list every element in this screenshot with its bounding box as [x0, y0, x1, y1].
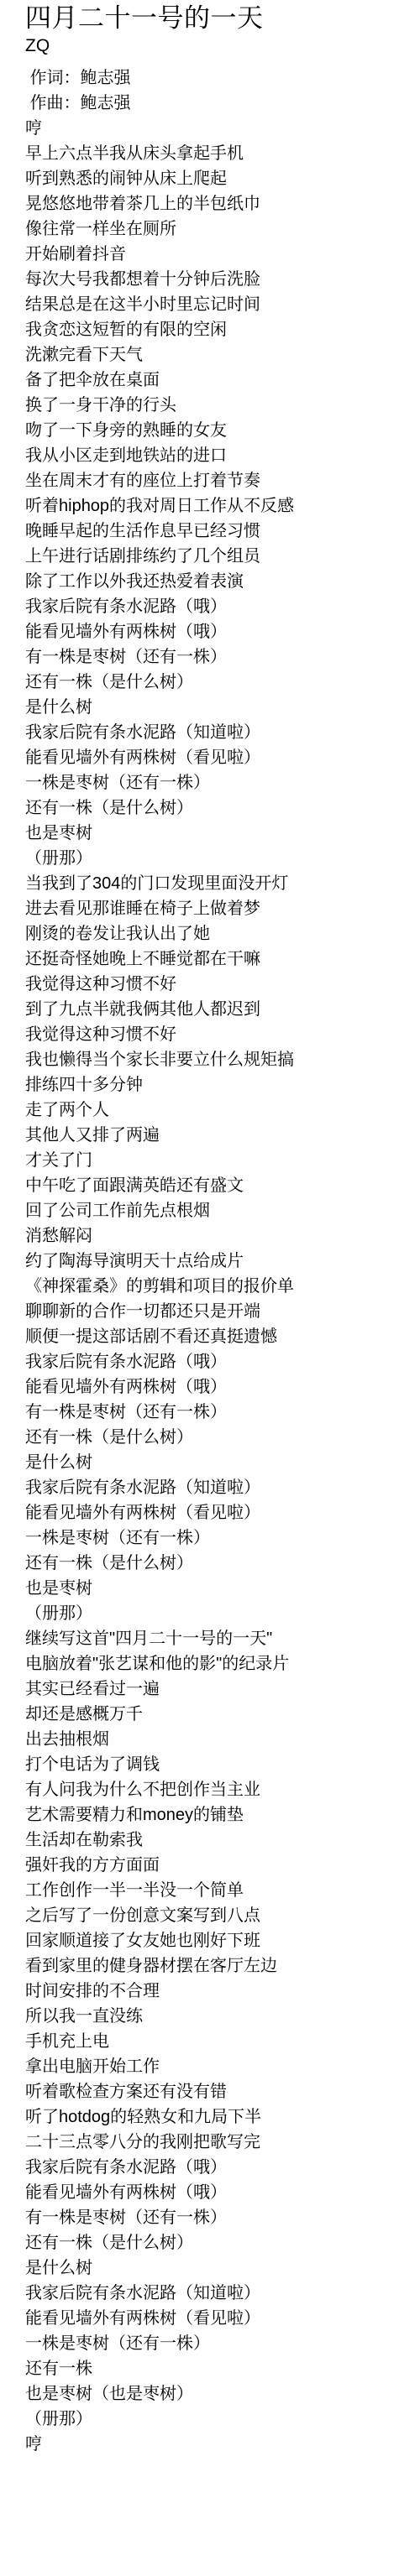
lyric-line: 洗漱完看下天气: [25, 342, 415, 368]
lyric-line: 听了hotdog的轻熟女和九局下半: [25, 2104, 415, 2130]
artist-name: ZQ: [25, 36, 415, 56]
lyric-line: 像往常一样坐在厕所: [25, 216, 415, 242]
lyric-line: 坐在周末才有的座位上打着节奏: [25, 468, 415, 493]
lyric-line: 强奸我的方方面面: [25, 1853, 415, 1878]
lyric-line: 晚睡早起的生活作息早已经习惯: [25, 519, 415, 544]
lyric-line: 我觉得这种习惯不好: [25, 972, 415, 997]
lyric-line: 除了工作以外我还热爱着表演: [25, 569, 415, 594]
lyric-line: 有一株是枣树（还有一株）: [25, 644, 415, 670]
lyric-line: 一株是枣树（还有一株）: [25, 770, 415, 795]
lyric-line: 却还是感概万千: [25, 1702, 415, 1727]
lyric-line: 也是枣树（也是枣树）: [25, 2381, 415, 2407]
lyric-line: 我家后院有条水泥路（知道啦）: [25, 2281, 415, 2306]
song-title: 四月二十一号的一天: [25, 1, 415, 36]
lyric-line: 能看见墙外有两株树（哦）: [25, 619, 415, 644]
lyric-line: 听到熟悉的闹钟从床上爬起: [25, 166, 415, 191]
lyric-line: 其实已经看过一遍: [25, 1676, 415, 1702]
lyric-line: 我觉得这种习惯不好: [25, 1022, 415, 1047]
lyric-line: 一株是枣树（还有一株）: [25, 1525, 415, 1551]
lyric-line: 到了九点半就我俩其他人都迟到: [25, 997, 415, 1022]
lyric-line: 能看见墙外有两株树（看见啦）: [25, 2306, 415, 2331]
lyric-line: 刚烫的卷发让我认出了她: [25, 921, 415, 946]
lyric-line: 晃悠悠地带着茶几上的半包纸巾: [25, 191, 415, 216]
lyric-line: 才关了门: [25, 1148, 415, 1173]
lyric-line: 我也懒得当个家长非要立什么规矩搞: [25, 1047, 415, 1072]
lyric-line: 我家后院有条水泥路（哦）: [25, 2155, 415, 2180]
lyric-line: 也是枣树: [25, 1576, 415, 1601]
credits: 作词：鲍志强 作曲：鲍志强: [25, 65, 415, 116]
lyric-line: 继续写这首"四月二十一号的一天": [25, 1626, 415, 1651]
lyric-line: 能看见墙外有两株树（看见啦）: [25, 1500, 415, 1525]
lyric-line: 进去看见那谁睡在椅子上做着梦: [25, 896, 415, 921]
lyric-line: 顺便一提这部话剧不看还真挺遗憾: [25, 1324, 415, 1349]
lyric-line: 还有一株: [25, 2356, 415, 2381]
lyric-line: 消愁解闷: [25, 1223, 415, 1249]
lyric-line: 走了两个人: [25, 1098, 415, 1123]
lyric-line: 我从小区走到地铁站的进口: [25, 443, 415, 468]
lyric-line: 能看见墙外有两株树（看见啦）: [25, 745, 415, 770]
lyric-line: 我家后院有条水泥路（哦）: [25, 594, 415, 619]
lyric-line: 我家后院有条水泥路（哦）: [25, 1349, 415, 1374]
lyric-line: 上午进行话剧排练约了几个组员: [25, 544, 415, 569]
lyric-line: 还有一株（是什么树）: [25, 2230, 415, 2255]
lyric-line: 还有一株（是什么树）: [25, 1425, 415, 1450]
lyric-line: 我家后院有条水泥路（知道啦）: [25, 720, 415, 745]
lyric-line: 排练四十多分钟: [25, 1072, 415, 1098]
lyric-line: 拿出电脑开始工作: [25, 2054, 415, 2079]
lyric-line: 《神探霍桑》的剪辑和项目的报价单: [25, 1274, 415, 1299]
lyric-line: 所以我一直没练: [25, 2004, 415, 2029]
lyric-line: 还有一株（是什么树）: [25, 1551, 415, 1576]
lyric-line: （册那）: [25, 846, 415, 871]
lyric-line: 生活却在勒索我: [25, 1828, 415, 1853]
lyric-line: 中午吃了面跟满英皓还有盛文: [25, 1173, 415, 1198]
lyric-line: 约了陶海导演明天十点给成片: [25, 1249, 415, 1274]
lyrics-body: 哼早上六点半我从床头拿起手机听到熟悉的闹钟从床上爬起晃悠悠地带着茶几上的半包纸巾…: [25, 116, 415, 2457]
lyric-line: 其他人又排了两遍: [25, 1123, 415, 1148]
lyric-line: 能看见墙外有两株树（哦）: [25, 1374, 415, 1400]
lyric-line: 备了把伞放在桌面: [25, 368, 415, 393]
lyric-line: 有人问我为什么不把创作当主业: [25, 1777, 415, 1802]
lyric-line: 换了一身干净的行头: [25, 393, 415, 418]
lyric-line: 早上六点半我从床头拿起手机: [25, 141, 415, 166]
lyric-line: 时间安排的不合理: [25, 1979, 415, 2004]
lyric-line: 电脑放着"张艺谋和他的影"的纪录片: [25, 1651, 415, 1676]
lyric-line: 出去抽根烟: [25, 1727, 415, 1752]
lyric-line: 打个电话为了调钱: [25, 1752, 415, 1777]
lyric-line: 开始刷着抖音: [25, 242, 415, 267]
lyric-line: 是什么树: [25, 1450, 415, 1475]
lyric-line: 聊聊新的合作一切都还只是开端: [25, 1299, 415, 1324]
lyric-line: 有一株是枣树（还有一株）: [25, 1400, 415, 1425]
lyric-line: 我贪恋这短暂的有限的空闲: [25, 317, 415, 342]
lyric-line: 回了公司工作前先点根烟: [25, 1198, 415, 1223]
lyric-line: 听着歌检查方案还有没有错: [25, 2079, 415, 2104]
lyric-line: 听着hiphop的我对周日工作从不反感: [25, 493, 415, 519]
lyric-line: 一株是枣树（还有一株）: [25, 2331, 415, 2356]
lyric-line: 手机充上电: [25, 2029, 415, 2054]
lyric-line: 吻了一下身旁的熟睡的女友: [25, 418, 415, 443]
composer-credit: 作曲：鲍志强: [25, 91, 415, 116]
lyric-line: 当我到了304的门口发现里面没开灯: [25, 871, 415, 896]
lyric-line: 二十三点零八分的我刚把歌写完: [25, 2130, 415, 2155]
lyric-line: 哼: [25, 116, 415, 141]
lyric-line: 是什么树: [25, 2255, 415, 2281]
lyric-line: 也是枣树: [25, 821, 415, 846]
lyric-line: 能看见墙外有两株树（哦）: [25, 2180, 415, 2205]
lyric-line: 艺术需要精力和money的铺垫: [25, 1802, 415, 1828]
lyric-line: 哼: [25, 2432, 415, 2457]
lyric-line: 有一株是枣树（还有一株）: [25, 2205, 415, 2230]
lyric-line: 看到家里的健身器材摆在客厅左边: [25, 1953, 415, 1979]
lyric-line: 还有一株（是什么树）: [25, 670, 415, 695]
lyricist-credit: 作词：鲍志强: [25, 65, 415, 91]
lyric-line: （册那）: [25, 1601, 415, 1626]
lyrics-page: 四月二十一号的一天 ZQ 作词：鲍志强 作曲：鲍志强 哼早上六点半我从床头拿起手…: [0, 0, 420, 2457]
lyric-line: 工作创作一半一半没一个简单: [25, 1878, 415, 1903]
lyric-line: 每次大号我都想着十分钟后洗脸: [25, 267, 415, 292]
lyric-line: 结果总是在这半小时里忘记时间: [25, 292, 415, 317]
lyric-line: 还有一株（是什么树）: [25, 795, 415, 821]
lyric-line: 之后写了一份创意文案写到八点: [25, 1903, 415, 1928]
lyric-line: 是什么树: [25, 695, 415, 720]
lyric-line: 我家后院有条水泥路（知道啦）: [25, 1475, 415, 1500]
lyric-line: （册那）: [25, 2407, 415, 2432]
lyric-line: 回家顺道接了女友她也刚好下班: [25, 1928, 415, 1953]
lyric-line: 还挺奇怪她晚上不睡觉都在干嘛: [25, 946, 415, 972]
